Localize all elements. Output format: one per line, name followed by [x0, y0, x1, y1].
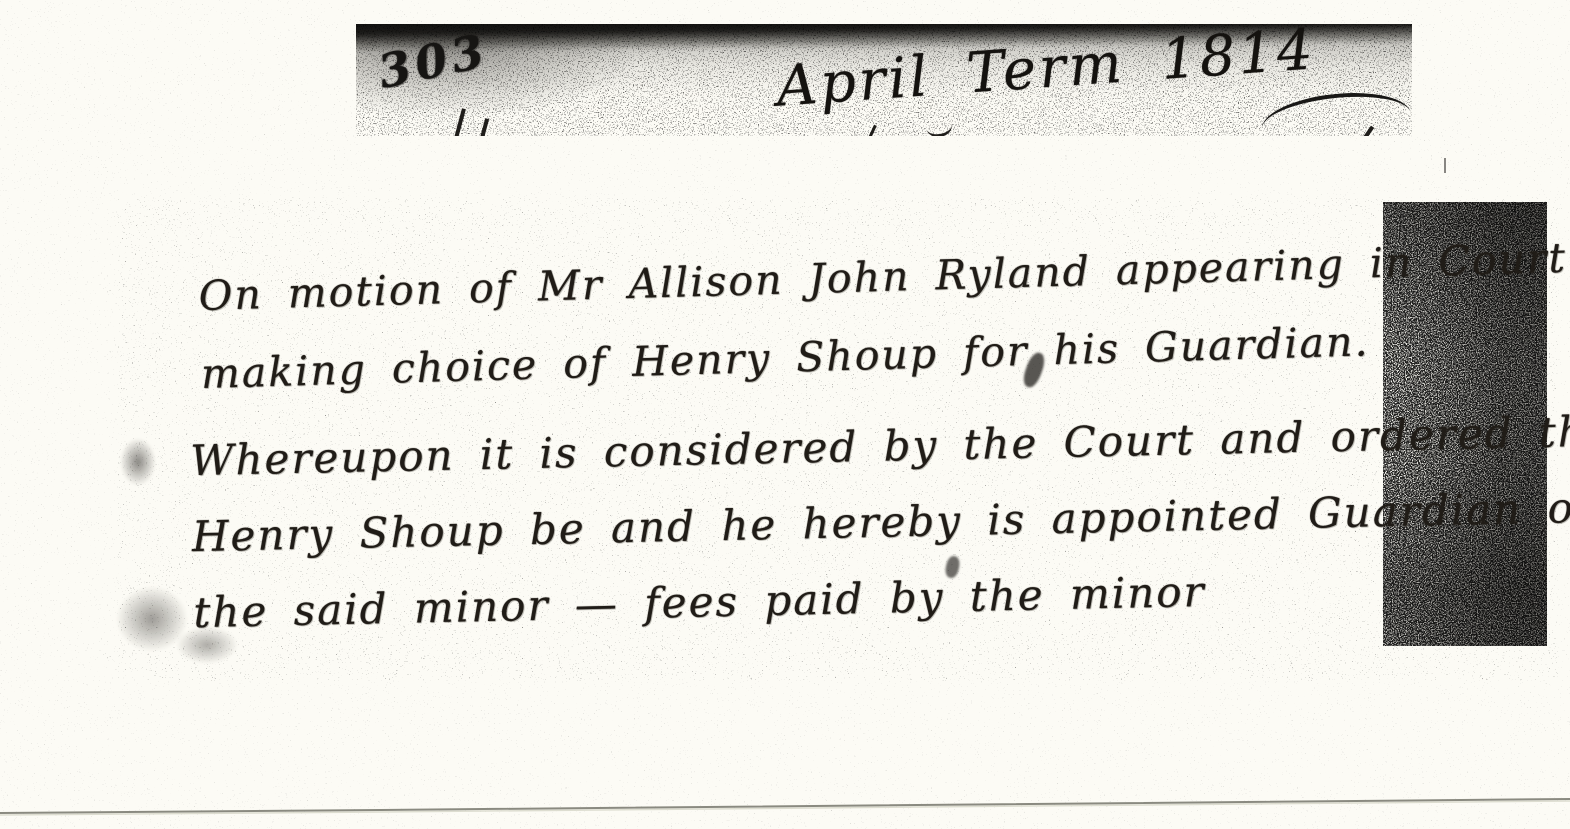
scanned-court-record-page: 303 April Term 1814 On motion of Mr Alli…	[0, 0, 1570, 829]
page-bottom-edge-line	[0, 0, 1570, 829]
